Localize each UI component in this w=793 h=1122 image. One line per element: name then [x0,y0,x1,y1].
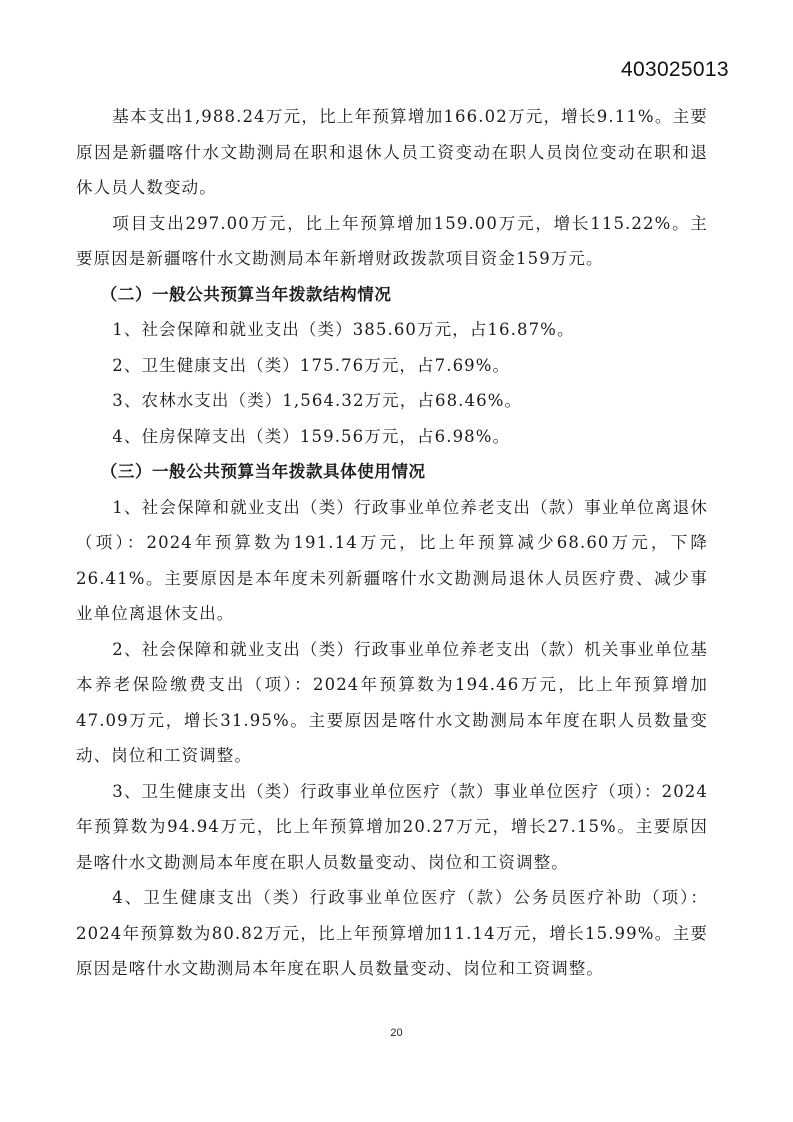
paragraph-usage-civil-servant-medical: 4、卫生健康支出（类）行政事业单位医疗（款）公务员医疗补助（项）：2024年预算… [76,880,708,987]
paragraph-usage-retirement: 1、社会保障和就业支出（类）行政事业单位养老支出（款）事业单位离退休（项）：20… [76,490,708,632]
list-item-agriculture-water: 3、农林水支出（类）1,564.32万元，占68.46%。 [76,383,708,419]
list-item-health: 2、卫生健康支出（类）175.76万元，占7.69%。 [76,348,708,384]
document-body: 基本支出1,988.24万元，比上年预算增加166.02万元，增长9.11%。主… [76,99,708,987]
section-heading-allocation-structure: （二）一般公共预算当年拨款结构情况 [76,277,708,313]
paragraph-project-expenditure: 项目支出297.00万元，比上年预算增加159.00万元，增长115.22%。主… [76,206,708,277]
list-item-housing: 4、住房保障支出（类）159.56万元，占6.98%。 [76,419,708,455]
page-number: 20 [0,1027,793,1039]
document-code: 403025013 [621,58,729,82]
list-item-social-security: 1、社会保障和就业支出（类）385.60万元，占16.87%。 [76,312,708,348]
paragraph-usage-institution-medical: 3、卫生健康支出（类）行政事业单位医疗（款）事业单位医疗（项）：2024年预算数… [76,774,708,881]
paragraph-usage-pension-insurance: 2、社会保障和就业支出（类）行政事业单位养老支出（款）机关事业单位基本养老保险缴… [76,632,708,774]
section-heading-allocation-usage: （三）一般公共预算当年拨款具体使用情况 [76,454,708,490]
paragraph-basic-expenditure: 基本支出1,988.24万元，比上年预算增加166.02万元，增长9.11%。主… [76,99,708,206]
